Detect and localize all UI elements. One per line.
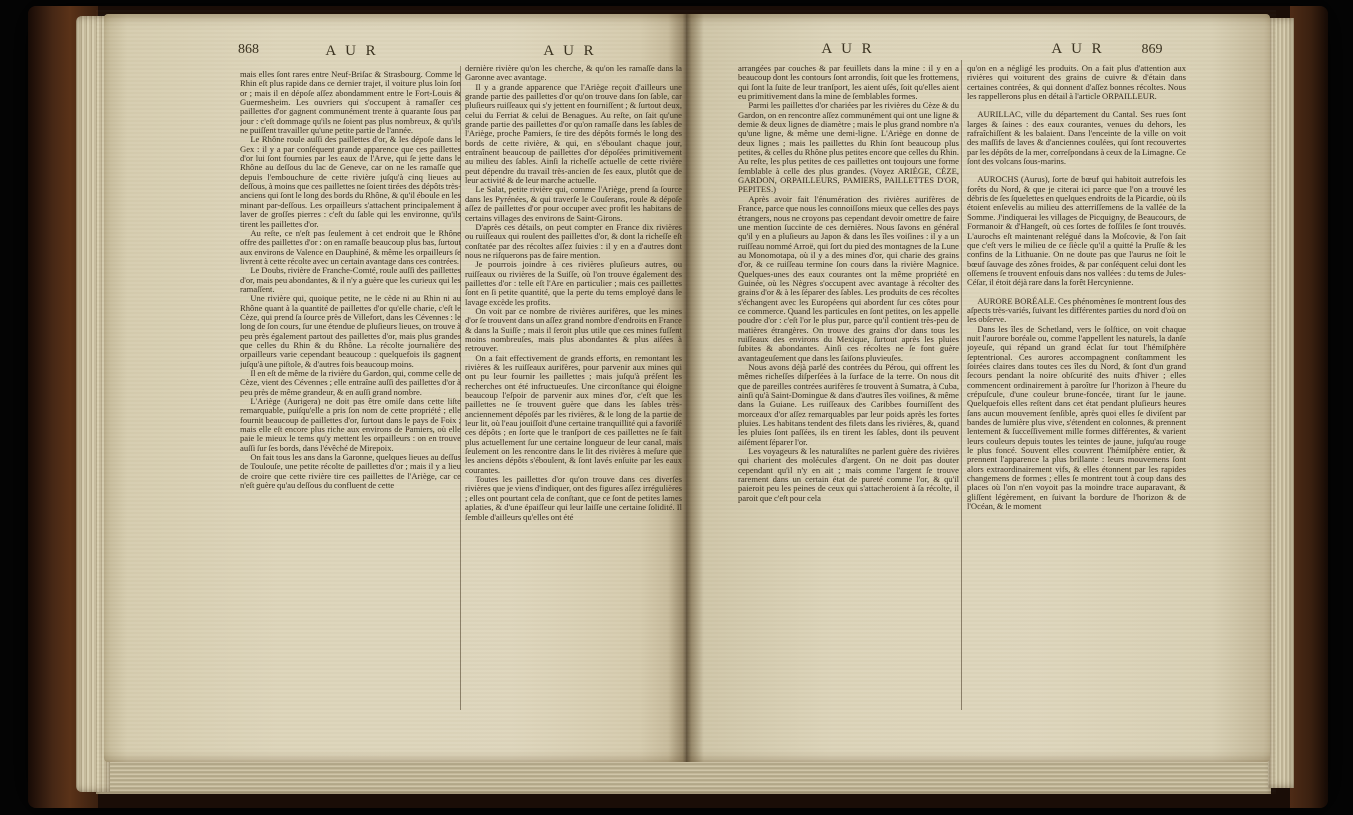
right-page-column-1: arrangées par couches & par feuillets da… [738, 64, 959, 714]
paragraph: Toutes les paillettes d'or qu'on trouve … [465, 475, 682, 522]
paragraph: D'après ces détails, on peut compter en … [465, 223, 682, 260]
page-edges-bottom [96, 758, 1271, 794]
paragraph: Une rivière qui, quoique petite, ne le c… [240, 294, 461, 369]
paragraph: Il en eſt de même de la rivière du Gardo… [240, 369, 461, 397]
left-page-column-1: mais elles ſont rares entre Neuf-Briſac … [240, 70, 461, 712]
page-number-right: 869 [1122, 42, 1182, 58]
paragraph: AURORE BORÉALE. Ces phénomènes ſe montre… [967, 297, 1186, 325]
paragraph: Dans les îles de Schetland, vers le ſolſ… [967, 325, 1186, 512]
paragraph: Je pourrois joindre à ces rivières pluſi… [465, 260, 682, 307]
running-title: A U R [793, 41, 903, 58]
column-divider [961, 60, 962, 710]
paragraph: AURILLAC, ville du département du Cantal… [967, 110, 1186, 166]
paragraph: AUROCHS (Aurus), ſorte de bœuf qui habit… [967, 175, 1186, 287]
running-title: A U R [515, 43, 625, 60]
paragraph: arrangées par couches & par feuillets da… [738, 64, 959, 101]
paragraph: qu'on en a négligé les produits. On a fa… [967, 64, 1186, 101]
paragraph: Les voyageurs & les naturaliſtes ne parl… [738, 447, 959, 503]
photo-background: 868 A U R A U R A U R A U R 869 mais ell… [0, 0, 1353, 815]
page-edges-right [1268, 18, 1294, 788]
paragraph: On fait tous les ans dans la Garonne, qu… [240, 453, 461, 490]
paragraph: mais elles ſont rares entre Neuf-Briſac … [240, 70, 461, 135]
paragraph: Au reſte, ce n'eſt pas ſeulement à cet e… [240, 229, 461, 266]
paragraph: On a fait effectivement de grands effort… [465, 354, 682, 475]
paragraph: Le Salat, petite rivière qui, comme l'Ar… [465, 185, 682, 222]
paragraph: Parmi les paillettes d'or chariées par l… [738, 101, 959, 194]
paragraph: On voit par ce nombre de rivières aurifè… [465, 307, 682, 354]
paragraph: Le Doubs, rivière de Franche-Comté, roul… [240, 266, 461, 294]
paragraph: Le Rhône roule auſſi des paillettes d'or… [240, 135, 461, 228]
paragraph: dernière rivière qu'on les cherche, & qu… [465, 64, 682, 83]
paragraph: L'Ariège (Aurigera) ne doit pas être omi… [240, 397, 461, 453]
book-cover-right [1290, 6, 1328, 808]
running-title: A U R [1023, 41, 1133, 58]
paragraph: Après avoir fait l'énumération des riviè… [738, 195, 959, 363]
paragraph: Nous avons déjà parlé des contrées du Pé… [738, 363, 959, 447]
paragraph: Il y a grande apparence que l'Ariège reç… [465, 83, 682, 186]
left-page-column-2: dernière rivière qu'on les cherche, & qu… [465, 64, 682, 712]
page-number-left: 868 [238, 42, 259, 58]
running-title: A U R [297, 43, 407, 60]
right-page-column-2: qu'on en a négligé les produits. On a fa… [967, 64, 1186, 714]
